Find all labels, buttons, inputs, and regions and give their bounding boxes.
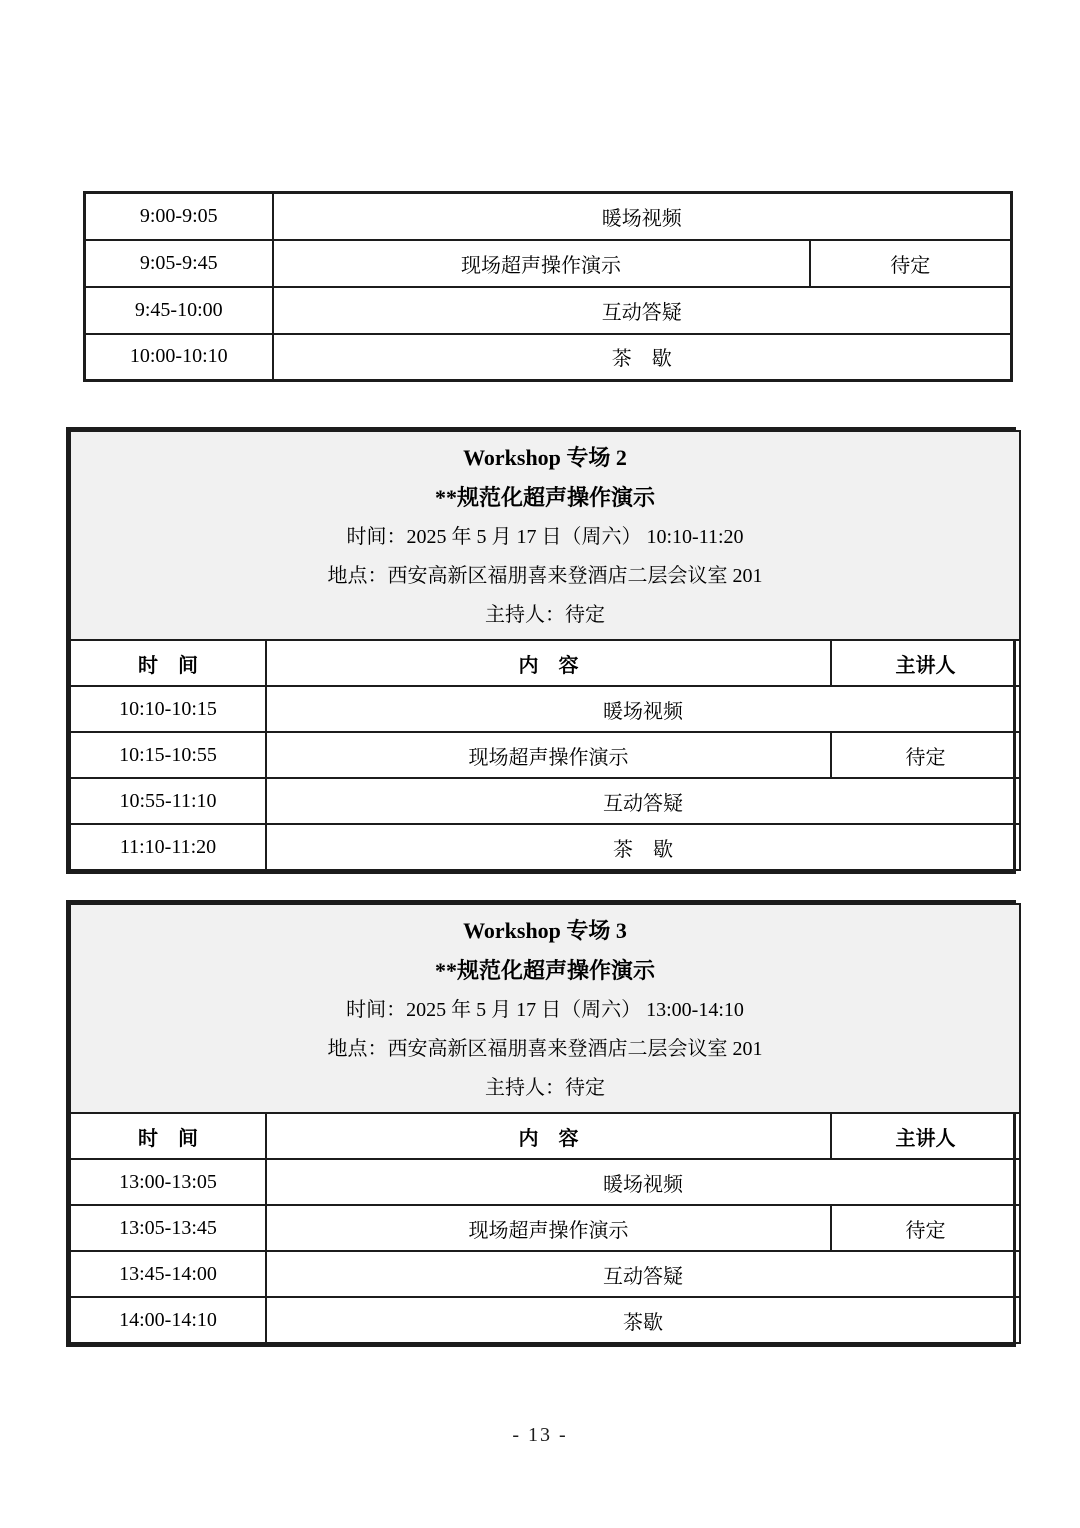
page-number: - 13 - xyxy=(0,1424,1080,1447)
speaker-cell: 待定 xyxy=(831,732,1020,778)
workshop-location-line: 地点：西安高新区福朋喜来登酒店二层会议室 201 xyxy=(71,1030,1019,1069)
column-header-time: 时 间 xyxy=(70,640,266,686)
workshop-2-section: Workshop 专场 2 **规范化超声操作演示 时间：2025 年 5 月 … xyxy=(66,427,1016,874)
workshop-2-header-block: Workshop 专场 2 **规范化超声操作演示 时间：2025 年 5 月 … xyxy=(70,431,1020,640)
content-cell: 茶 歇 xyxy=(266,824,1020,870)
column-header-row: 时 间 内 容 主讲人 xyxy=(70,640,1020,686)
content-cell: 现场超声操作演示 xyxy=(266,732,831,778)
table-row: 14:00-14:10 茶歇 xyxy=(70,1297,1020,1343)
table-row: 11:10-11:20 茶 歇 xyxy=(70,824,1020,870)
workshop-header-row: Workshop 专场 3 **规范化超声操作演示 时间：2025 年 5 月 … xyxy=(70,904,1020,1113)
content-cell: 现场超声操作演示 xyxy=(273,240,810,287)
table-row: 10:10-10:15 暖场视频 xyxy=(70,686,1020,732)
continuation-agenda-table: 9:00-9:05 暖场视频 9:05-9:45 现场超声操作演示 待定 9:4… xyxy=(83,191,1013,382)
content-cell: 暖场视频 xyxy=(266,1159,1020,1205)
workshop-subtitle: **规范化超声操作演示 xyxy=(71,951,1019,991)
workshop-title: Workshop 专场 3 xyxy=(71,911,1019,951)
table-row: 13:00-13:05 暖场视频 xyxy=(70,1159,1020,1205)
time-cell: 11:10-11:20 xyxy=(70,824,266,870)
time-cell: 10:55-11:10 xyxy=(70,778,266,824)
content-cell: 暖场视频 xyxy=(273,193,1012,240)
time-cell: 13:05-13:45 xyxy=(70,1205,266,1251)
time-cell: 10:15-10:55 xyxy=(70,732,266,778)
content-cell: 现场超声操作演示 xyxy=(266,1205,831,1251)
workshop-host-line: 主持人：待定 xyxy=(71,596,1019,635)
workshop-title: Workshop 专场 2 xyxy=(71,438,1019,478)
time-cell: 10:00-10:10 xyxy=(85,334,273,381)
time-cell: 13:00-13:05 xyxy=(70,1159,266,1205)
time-cell: 14:00-14:10 xyxy=(70,1297,266,1343)
workshop-3-table: Workshop 专场 3 **规范化超声操作演示 时间：2025 年 5 月 … xyxy=(69,903,1021,1344)
table-row: 13:05-13:45 现场超声操作演示 待定 xyxy=(70,1205,1020,1251)
workshop-subtitle: **规范化超声操作演示 xyxy=(71,478,1019,518)
workshop-3-section: Workshop 专场 3 **规范化超声操作演示 时间：2025 年 5 月 … xyxy=(66,900,1016,1347)
workshop-time-line: 时间：2025 年 5 月 17 日（周六） 13:00-14:10 xyxy=(71,991,1019,1030)
workshop-time-line: 时间：2025 年 5 月 17 日（周六） 10:10-11:20 xyxy=(71,518,1019,557)
workshop-host-line: 主持人：待定 xyxy=(71,1069,1019,1108)
content-cell: 茶 歇 xyxy=(273,334,1012,381)
column-header-content: 内 容 xyxy=(266,640,831,686)
table-row: 10:00-10:10 茶 歇 xyxy=(85,334,1012,381)
content-cell: 互动答疑 xyxy=(273,287,1012,334)
speaker-cell: 待定 xyxy=(831,1205,1020,1251)
column-header-row: 时 间 内 容 主讲人 xyxy=(70,1113,1020,1159)
column-header-speaker: 主讲人 xyxy=(831,1113,1020,1159)
workshop-location-line: 地点：西安高新区福朋喜来登酒店二层会议室 201 xyxy=(71,557,1019,596)
table-row: 10:55-11:10 互动答疑 xyxy=(70,778,1020,824)
workshop-3-header-block: Workshop 专场 3 **规范化超声操作演示 时间：2025 年 5 月 … xyxy=(70,904,1020,1113)
time-cell: 9:00-9:05 xyxy=(85,193,273,240)
table-row: 13:45-14:00 互动答疑 xyxy=(70,1251,1020,1297)
content-cell: 互动答疑 xyxy=(266,778,1020,824)
column-header-time: 时 间 xyxy=(70,1113,266,1159)
content-cell: 茶歇 xyxy=(266,1297,1020,1343)
table-row: 9:45-10:00 互动答疑 xyxy=(85,287,1012,334)
workshop-header-row: Workshop 专场 2 **规范化超声操作演示 时间：2025 年 5 月 … xyxy=(70,431,1020,640)
table-row: 9:00-9:05 暖场视频 xyxy=(85,193,1012,240)
speaker-cell: 待定 xyxy=(810,240,1012,287)
column-header-content: 内 容 xyxy=(266,1113,831,1159)
document-page: 9:00-9:05 暖场视频 9:05-9:45 现场超声操作演示 待定 9:4… xyxy=(0,0,1080,1528)
time-cell: 9:05-9:45 xyxy=(85,240,273,287)
content-cell: 暖场视频 xyxy=(266,686,1020,732)
table-row: 10:15-10:55 现场超声操作演示 待定 xyxy=(70,732,1020,778)
workshop-2-table: Workshop 专场 2 **规范化超声操作演示 时间：2025 年 5 月 … xyxy=(69,430,1021,871)
time-cell: 9:45-10:00 xyxy=(85,287,273,334)
content-cell: 互动答疑 xyxy=(266,1251,1020,1297)
column-header-speaker: 主讲人 xyxy=(831,640,1020,686)
time-cell: 13:45-14:00 xyxy=(70,1251,266,1297)
time-cell: 10:10-10:15 xyxy=(70,686,266,732)
table-row: 9:05-9:45 现场超声操作演示 待定 xyxy=(85,240,1012,287)
